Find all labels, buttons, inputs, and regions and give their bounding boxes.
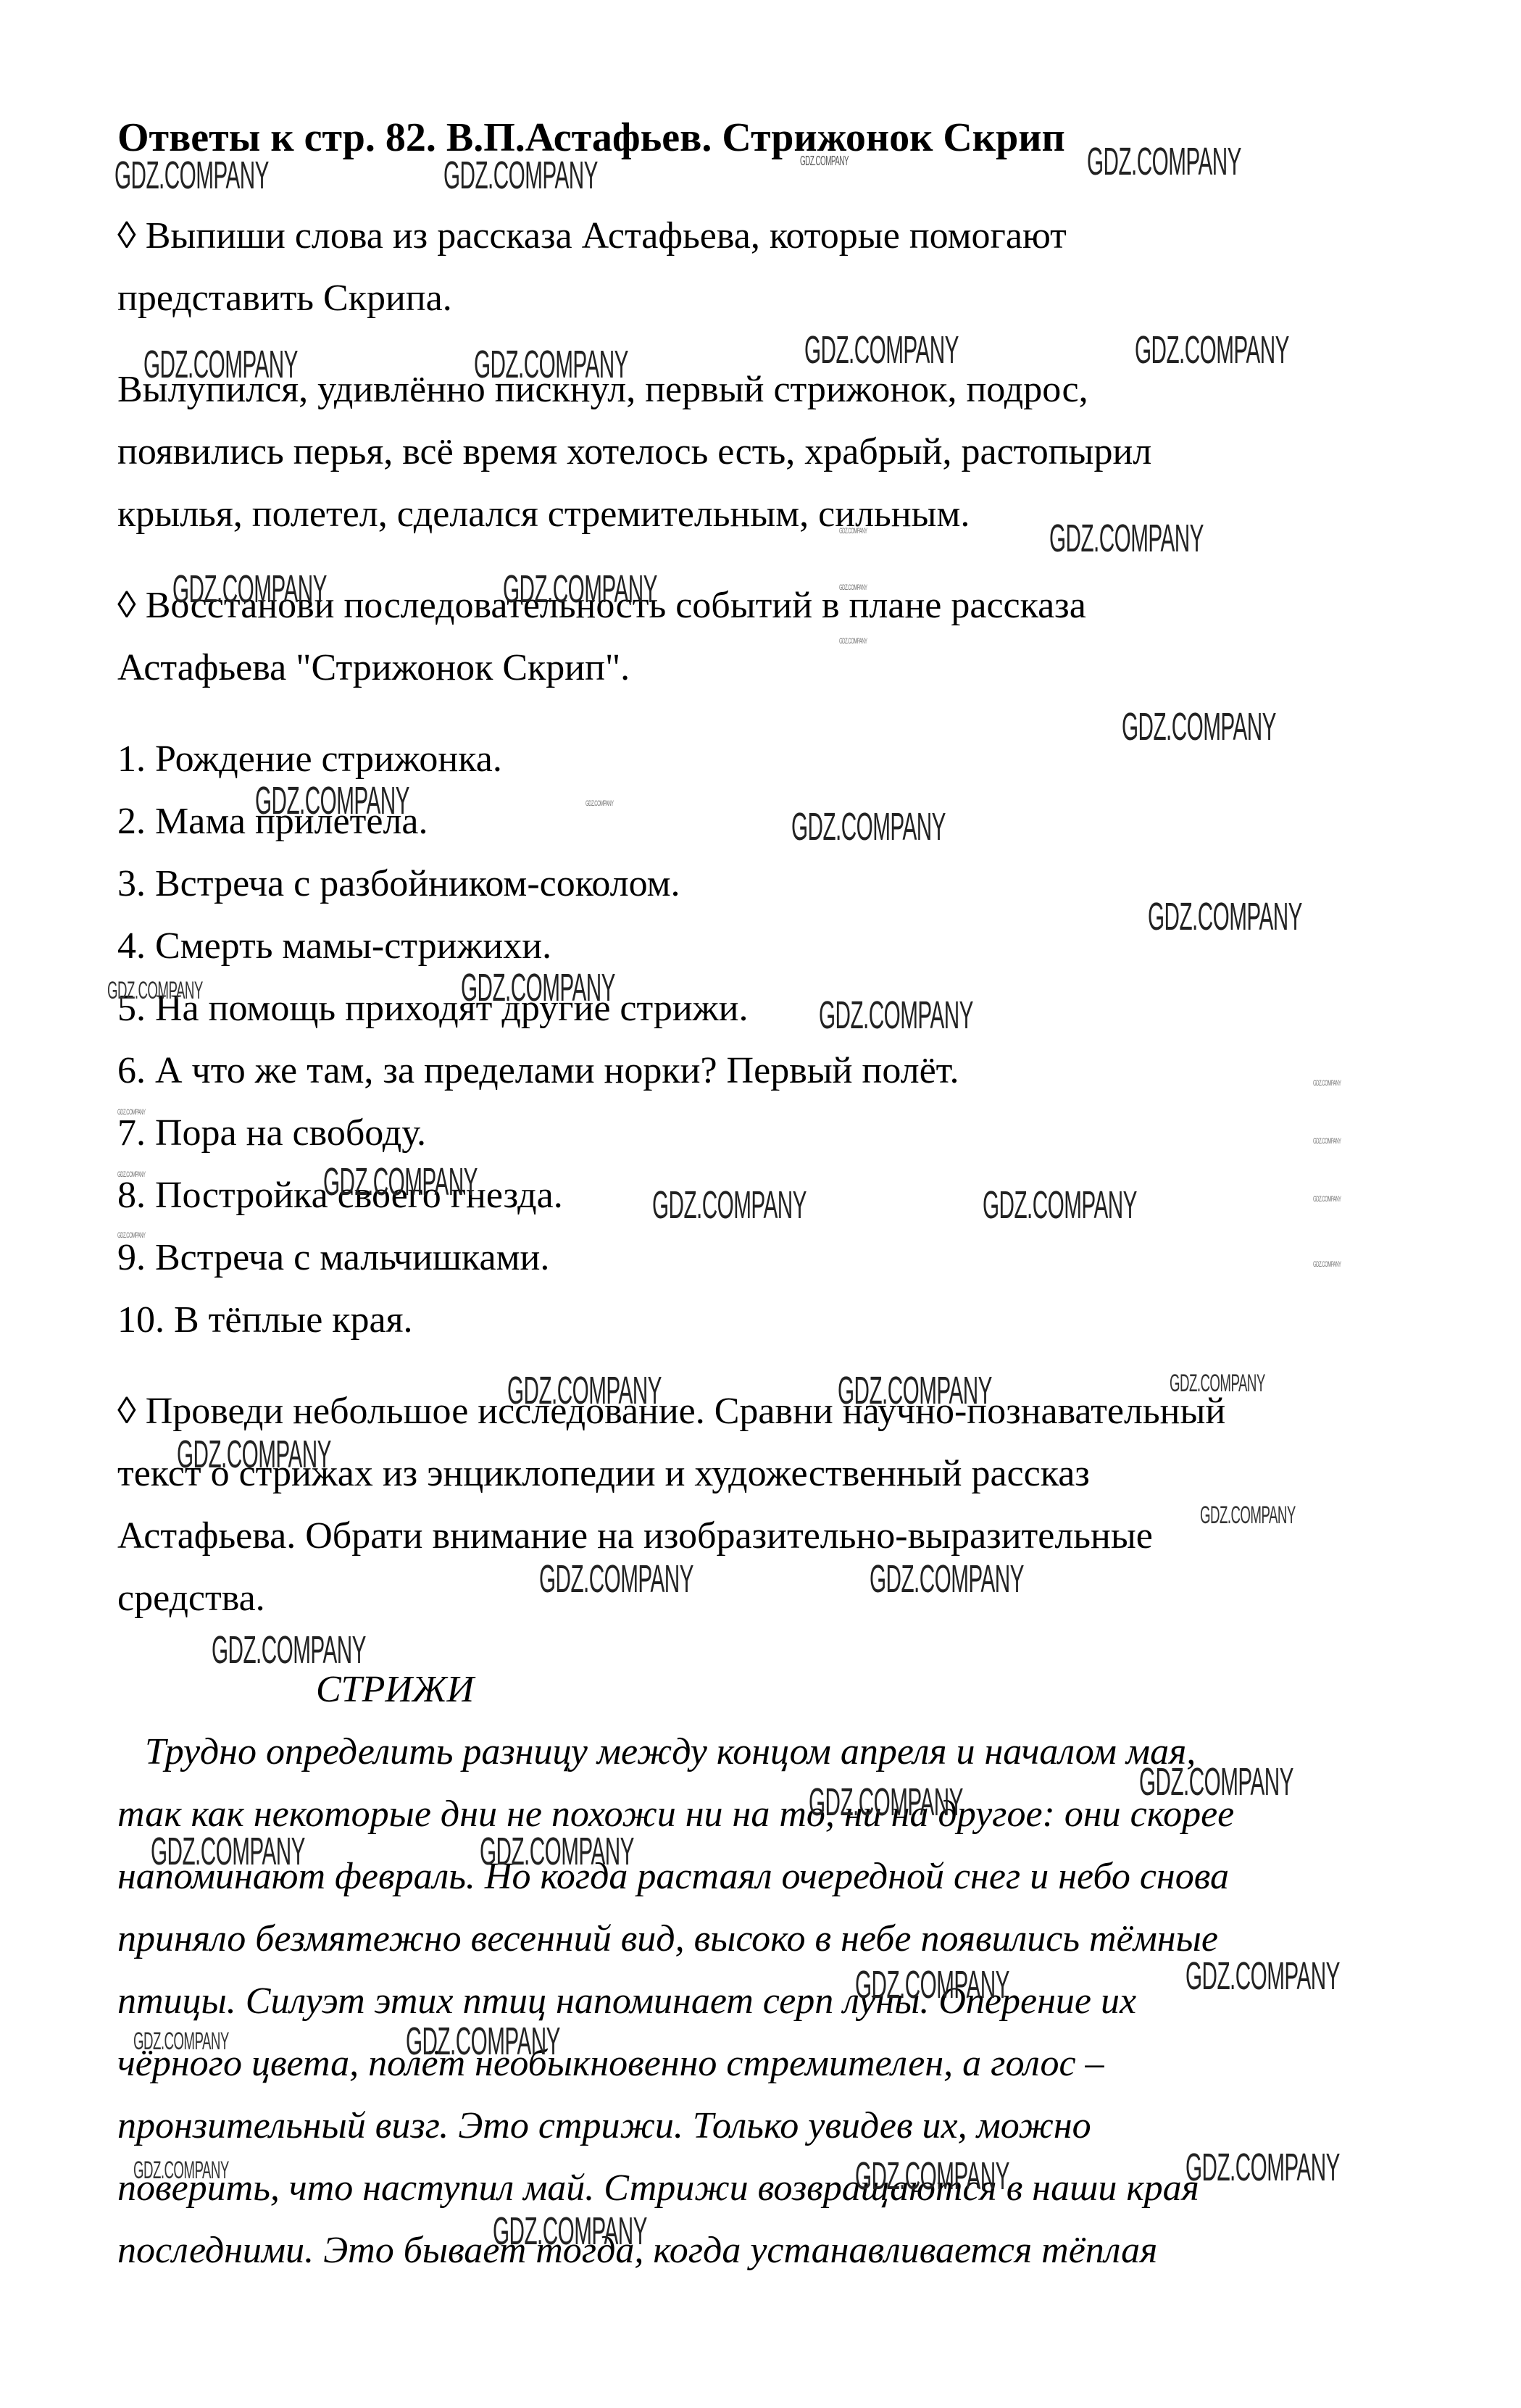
- task1-answer-line-1: Вылупился, удивлённо пискнул, первый стр…: [117, 368, 1088, 412]
- watermark: GDZ.COMPANY: [443, 156, 598, 195]
- watermark: GDZ.COMPANY: [983, 1186, 1137, 1225]
- watermark: GDZ.COMPANY: [1087, 142, 1241, 181]
- task3-question-line-1: ◊ Проведи небольшое исследование. Сравни…: [117, 1390, 1225, 1433]
- watermark: GDZ.COMPANY: [1135, 330, 1289, 370]
- watermark: GDZ.COMPANY: [804, 330, 959, 370]
- plan-item-7: 7. Пора на свободу.: [117, 1112, 426, 1155]
- watermark: GDZ.COMPANY: [1185, 2148, 1340, 2187]
- page-title: Ответы к стр. 82. В.П.Астафьев. Стрижоно…: [117, 116, 1065, 159]
- watermark: GDZ.COMPANY: [819, 996, 973, 1035]
- watermark: GDZ.COMPANY: [114, 156, 269, 195]
- plan-item-1: 1. Рождение стрижонка.: [117, 738, 502, 781]
- watermark: GDZ.COMPANY: [1200, 1503, 1296, 1528]
- task3-question-line-3: Астафьева. Обрати внимание на изобразите…: [117, 1515, 1153, 1558]
- plan-item-9: 9. Встреча с мальчишками.: [117, 1236, 549, 1280]
- task1-answer-line-3: крылья, полетел, сделался стремительным,…: [117, 493, 970, 536]
- excerpt-line-9: последними. Это бывает тогда, когда уста…: [117, 2229, 1157, 2272]
- excerpt-title: СТРИЖИ: [316, 1668, 474, 1712]
- excerpt-line-8: поверить, что наступил май. Стрижи возвр…: [117, 2167, 1199, 2210]
- task3-question-line-4: средства.: [117, 1577, 265, 1620]
- watermark: GDZ.COMPANY: [1313, 1261, 1341, 1269]
- watermark: GDZ.COMPANY: [586, 800, 614, 808]
- plan-item-8: 8. Постройка своего гнезда.: [117, 1174, 563, 1217]
- plan-item-2: 2. Мама прилетела.: [117, 800, 428, 843]
- watermark: GDZ.COMPANY: [791, 807, 946, 846]
- task2-question-line-2: Астафьева "Стрижонок Скрип".: [117, 646, 630, 690]
- watermark: GDZ.COMPANY: [1313, 1080, 1341, 1088]
- plan-item-4: 4. Смерть мамы-стрижихи.: [117, 925, 551, 968]
- watermark: GDZ.COMPANY: [652, 1186, 807, 1225]
- excerpt-line-7: пронзительный визг. Это стрижи. Только у…: [117, 2104, 1091, 2148]
- watermark: GDZ.COMPANY: [539, 1559, 693, 1599]
- watermark: GDZ.COMPANY: [839, 638, 867, 646]
- watermark: GDZ.COMPANY: [1122, 707, 1276, 746]
- excerpt-line-1: Трудно определить разницу между концом а…: [145, 1730, 1196, 1774]
- excerpt-line-2: так как некоторые дни не похожи ни на то…: [117, 1793, 1234, 1836]
- plan-item-3: 3. Встреча с разбойником-соколом.: [117, 862, 680, 906]
- watermark: GDZ.COMPANY: [212, 1630, 366, 1670]
- task1-question-line-2: представить Скрипа.: [117, 277, 452, 320]
- excerpt-line-3: напоминают февраль. Но когда растаял оче…: [117, 1855, 1229, 1899]
- task2-question-line-1: ◊ Восстанови последовательность событий …: [117, 584, 1086, 628]
- excerpt-line-4: приняло безмятежно весенний вид, высоко …: [117, 1917, 1218, 1961]
- watermark: GDZ.COMPANY: [1313, 1196, 1341, 1204]
- document-page: Ответы к стр. 82. В.П.Астафьев. Стрижоно…: [0, 0, 1521, 2408]
- watermark: GDZ.COMPANY: [1313, 1138, 1341, 1146]
- task3-question-line-2: текст о стрижах из энциклопедии и художе…: [117, 1452, 1090, 1496]
- watermark: GDZ.COMPANY: [870, 1559, 1024, 1599]
- watermark: GDZ.COMPANY: [1049, 519, 1204, 558]
- plan-item-6: 6. А что же там, за пределами норки? Пер…: [117, 1049, 959, 1093]
- plan-item-5: 5. На помощь приходят другие стрижи.: [117, 987, 748, 1030]
- excerpt-line-5: птицы. Силуэт этих птиц напоминает серп …: [117, 1980, 1136, 2023]
- plan-item-10: 10. В тёплые края.: [117, 1299, 413, 1342]
- task1-answer-line-2: появились перья, всё время хотелось есть…: [117, 430, 1151, 474]
- watermark: GDZ.COMPANY: [1185, 1957, 1340, 1996]
- task1-question-line-1: ◊ Выпиши слова из рассказа Астафьева, ко…: [117, 214, 1067, 258]
- watermark: GDZ.COMPANY: [1148, 897, 1302, 936]
- excerpt-line-6: чёрного цвета, полёт необыкновенно стрем…: [117, 2042, 1104, 2086]
